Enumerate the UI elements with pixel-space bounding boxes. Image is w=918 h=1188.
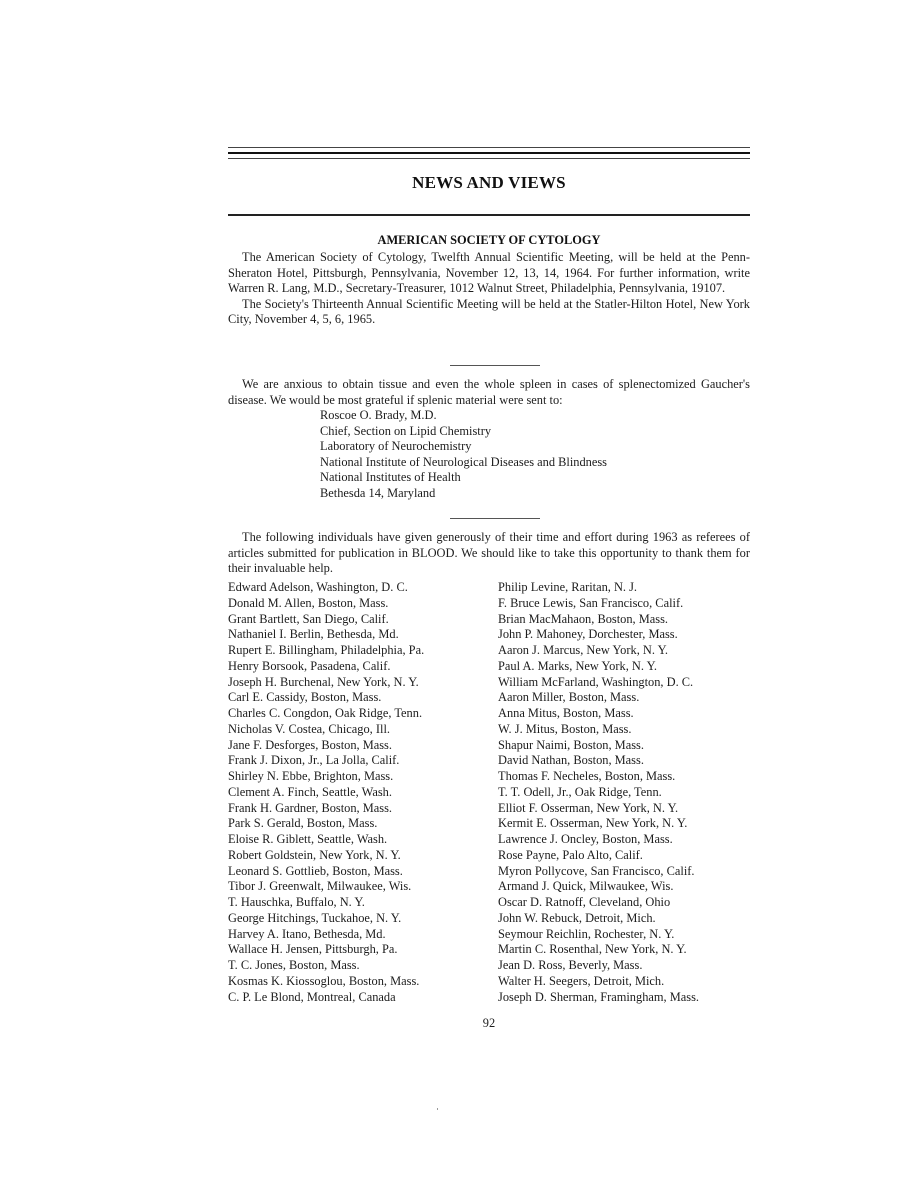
mailing-address: Roscoe O. Brady, M.D. Chief, Section on … [320, 408, 740, 502]
referee-entry: Clement A. Finch, Seattle, Wash. [228, 785, 498, 801]
address-line: Roscoe O. Brady, M.D. [320, 408, 740, 424]
referee-entry: Grant Bartlett, San Diego, Calif. [228, 612, 498, 628]
referee-entry: Henry Borsook, Pasadena, Calif. [228, 659, 498, 675]
referee-entry: Martin C. Rosenthal, New York, N. Y. [498, 942, 750, 958]
referee-entry: Walter H. Seegers, Detroit, Mich. [498, 974, 750, 990]
referee-entry: Oscar D. Ratnoff, Cleveland, Ohio [498, 895, 750, 911]
referee-entry: Rose Payne, Palo Alto, Calif. [498, 848, 750, 864]
masthead-title: NEWS AND VIEWS [228, 175, 750, 191]
address-line: Chief, Section on Lipid Chemistry [320, 424, 740, 440]
cytology-paragraph-2: The Society's Thirteenth Annual Scientif… [228, 297, 750, 328]
referee-entry: Joseph H. Burchenal, New York, N. Y. [228, 675, 498, 691]
address-line: National Institutes of Health [320, 470, 740, 486]
address-line: National Institute of Neurological Disea… [320, 455, 740, 471]
referee-entry: Jane F. Desforges, Boston, Mass. [228, 738, 498, 754]
referees-paragraph: The following individuals have given gen… [228, 530, 750, 577]
masthead-bottom-rule [228, 214, 750, 216]
referee-entry: Philip Levine, Raritan, N. J. [498, 580, 750, 596]
top-rule-thick [228, 152, 750, 154]
gaucher-paragraph: We are anxious to obtain tissue and even… [228, 377, 750, 408]
referee-entry: C. P. Le Blond, Montreal, Canada [228, 990, 498, 1006]
referee-entry: Anna Mitus, Boston, Mass. [498, 706, 750, 722]
referee-entry: T. T. Odell, Jr., Oak Ridge, Tenn. [498, 785, 750, 801]
referee-entry: Tibor J. Greenwalt, Milwaukee, Wis. [228, 879, 498, 895]
referee-entry: David Nathan, Boston, Mass. [498, 753, 750, 769]
section-heading-cytology: AMERICAN SOCIETY OF CYTOLOGY [228, 233, 750, 249]
referee-entry: Lawrence J. Oncley, Boston, Mass. [498, 832, 750, 848]
gaucher-section: We are anxious to obtain tissue and even… [228, 377, 750, 408]
referee-entry: Nathaniel I. Berlin, Bethesda, Md. [228, 627, 498, 643]
referee-entry: Brian MacMahaon, Boston, Mass. [498, 612, 750, 628]
referee-entry: Kermit E. Osserman, New York, N. Y. [498, 816, 750, 832]
address-line: Bethesda 14, Maryland [320, 486, 740, 502]
referee-entry: Donald M. Allen, Boston, Mass. [228, 596, 498, 612]
referee-entry: T. Hauschka, Buffalo, N. Y. [228, 895, 498, 911]
referee-entry: Eloise R. Giblett, Seattle, Wash. [228, 832, 498, 848]
referee-entry: Elliot F. Osserman, New York, N. Y. [498, 801, 750, 817]
referees-list: Edward Adelson, Washington, D. C.Donald … [228, 580, 750, 1005]
referee-entry: Park S. Gerald, Boston, Mass. [228, 816, 498, 832]
referee-entry: Carl E. Cassidy, Boston, Mass. [228, 690, 498, 706]
referee-entry: Leonard S. Gottlieb, Boston, Mass. [228, 864, 498, 880]
referee-entry: Kosmas K. Kiossoglou, Boston, Mass. [228, 974, 498, 990]
referee-entry: Joseph D. Sherman, Framingham, Mass. [498, 990, 750, 1006]
referees-section: The following individuals have given gen… [228, 530, 750, 577]
referee-entry: William McFarland, Washington, D. C. [498, 675, 750, 691]
referee-entry: Harvey A. Itano, Bethesda, Md. [228, 927, 498, 943]
section-divider-2 [450, 518, 540, 519]
referee-entry: Jean D. Ross, Beverly, Mass. [498, 958, 750, 974]
referee-entry: F. Bruce Lewis, San Francisco, Calif. [498, 596, 750, 612]
referee-entry: Edward Adelson, Washington, D. C. [228, 580, 498, 596]
referee-entry: George Hitchings, Tuckahoe, N. Y. [228, 911, 498, 927]
referee-entry: W. J. Mitus, Boston, Mass. [498, 722, 750, 738]
referee-entry: Nicholas V. Costea, Chicago, Ill. [228, 722, 498, 738]
referee-entry: Rupert E. Billingham, Philadelphia, Pa. [228, 643, 498, 659]
referee-entry: Seymour Reichlin, Rochester, N. Y. [498, 927, 750, 943]
cytology-section: The American Society of Cytology, Twelft… [228, 250, 750, 328]
page-number: 92 [228, 1016, 750, 1032]
referee-entry: Paul A. Marks, New York, N. Y. [498, 659, 750, 675]
referee-entry: Thomas F. Necheles, Boston, Mass. [498, 769, 750, 785]
referee-entry: Frank H. Gardner, Boston, Mass. [228, 801, 498, 817]
section-divider-1 [450, 365, 540, 366]
referee-entry: Charles C. Congdon, Oak Ridge, Tenn. [228, 706, 498, 722]
referee-entry: Aaron J. Marcus, New York, N. Y. [498, 643, 750, 659]
top-rule-thin-1 [228, 147, 750, 148]
referees-left-column: Edward Adelson, Washington, D. C.Donald … [228, 580, 498, 1005]
referee-entry: Aaron Miller, Boston, Mass. [498, 690, 750, 706]
referee-entry: Myron Pollycove, San Francisco, Calif. [498, 864, 750, 880]
referee-entry: John P. Mahoney, Dorchester, Mass. [498, 627, 750, 643]
address-line: Laboratory of Neurochemistry [320, 439, 740, 455]
top-rule-thin-2 [228, 158, 750, 159]
referee-entry: Robert Goldstein, New York, N. Y. [228, 848, 498, 864]
referee-entry: T. C. Jones, Boston, Mass. [228, 958, 498, 974]
referee-entry: John W. Rebuck, Detroit, Mich. [498, 911, 750, 927]
referee-entry: Armand J. Quick, Milwaukee, Wis. [498, 879, 750, 895]
scan-speck [437, 1108, 438, 1110]
referee-entry: Shapur Naimi, Boston, Mass. [498, 738, 750, 754]
referee-entry: Wallace H. Jensen, Pittsburgh, Pa. [228, 942, 498, 958]
referee-entry: Frank J. Dixon, Jr., La Jolla, Calif. [228, 753, 498, 769]
referees-right-column: Philip Levine, Raritan, N. J.F. Bruce Le… [498, 580, 750, 1005]
referee-entry: Shirley N. Ebbe, Brighton, Mass. [228, 769, 498, 785]
cytology-paragraph-1: The American Society of Cytology, Twelft… [228, 250, 750, 297]
